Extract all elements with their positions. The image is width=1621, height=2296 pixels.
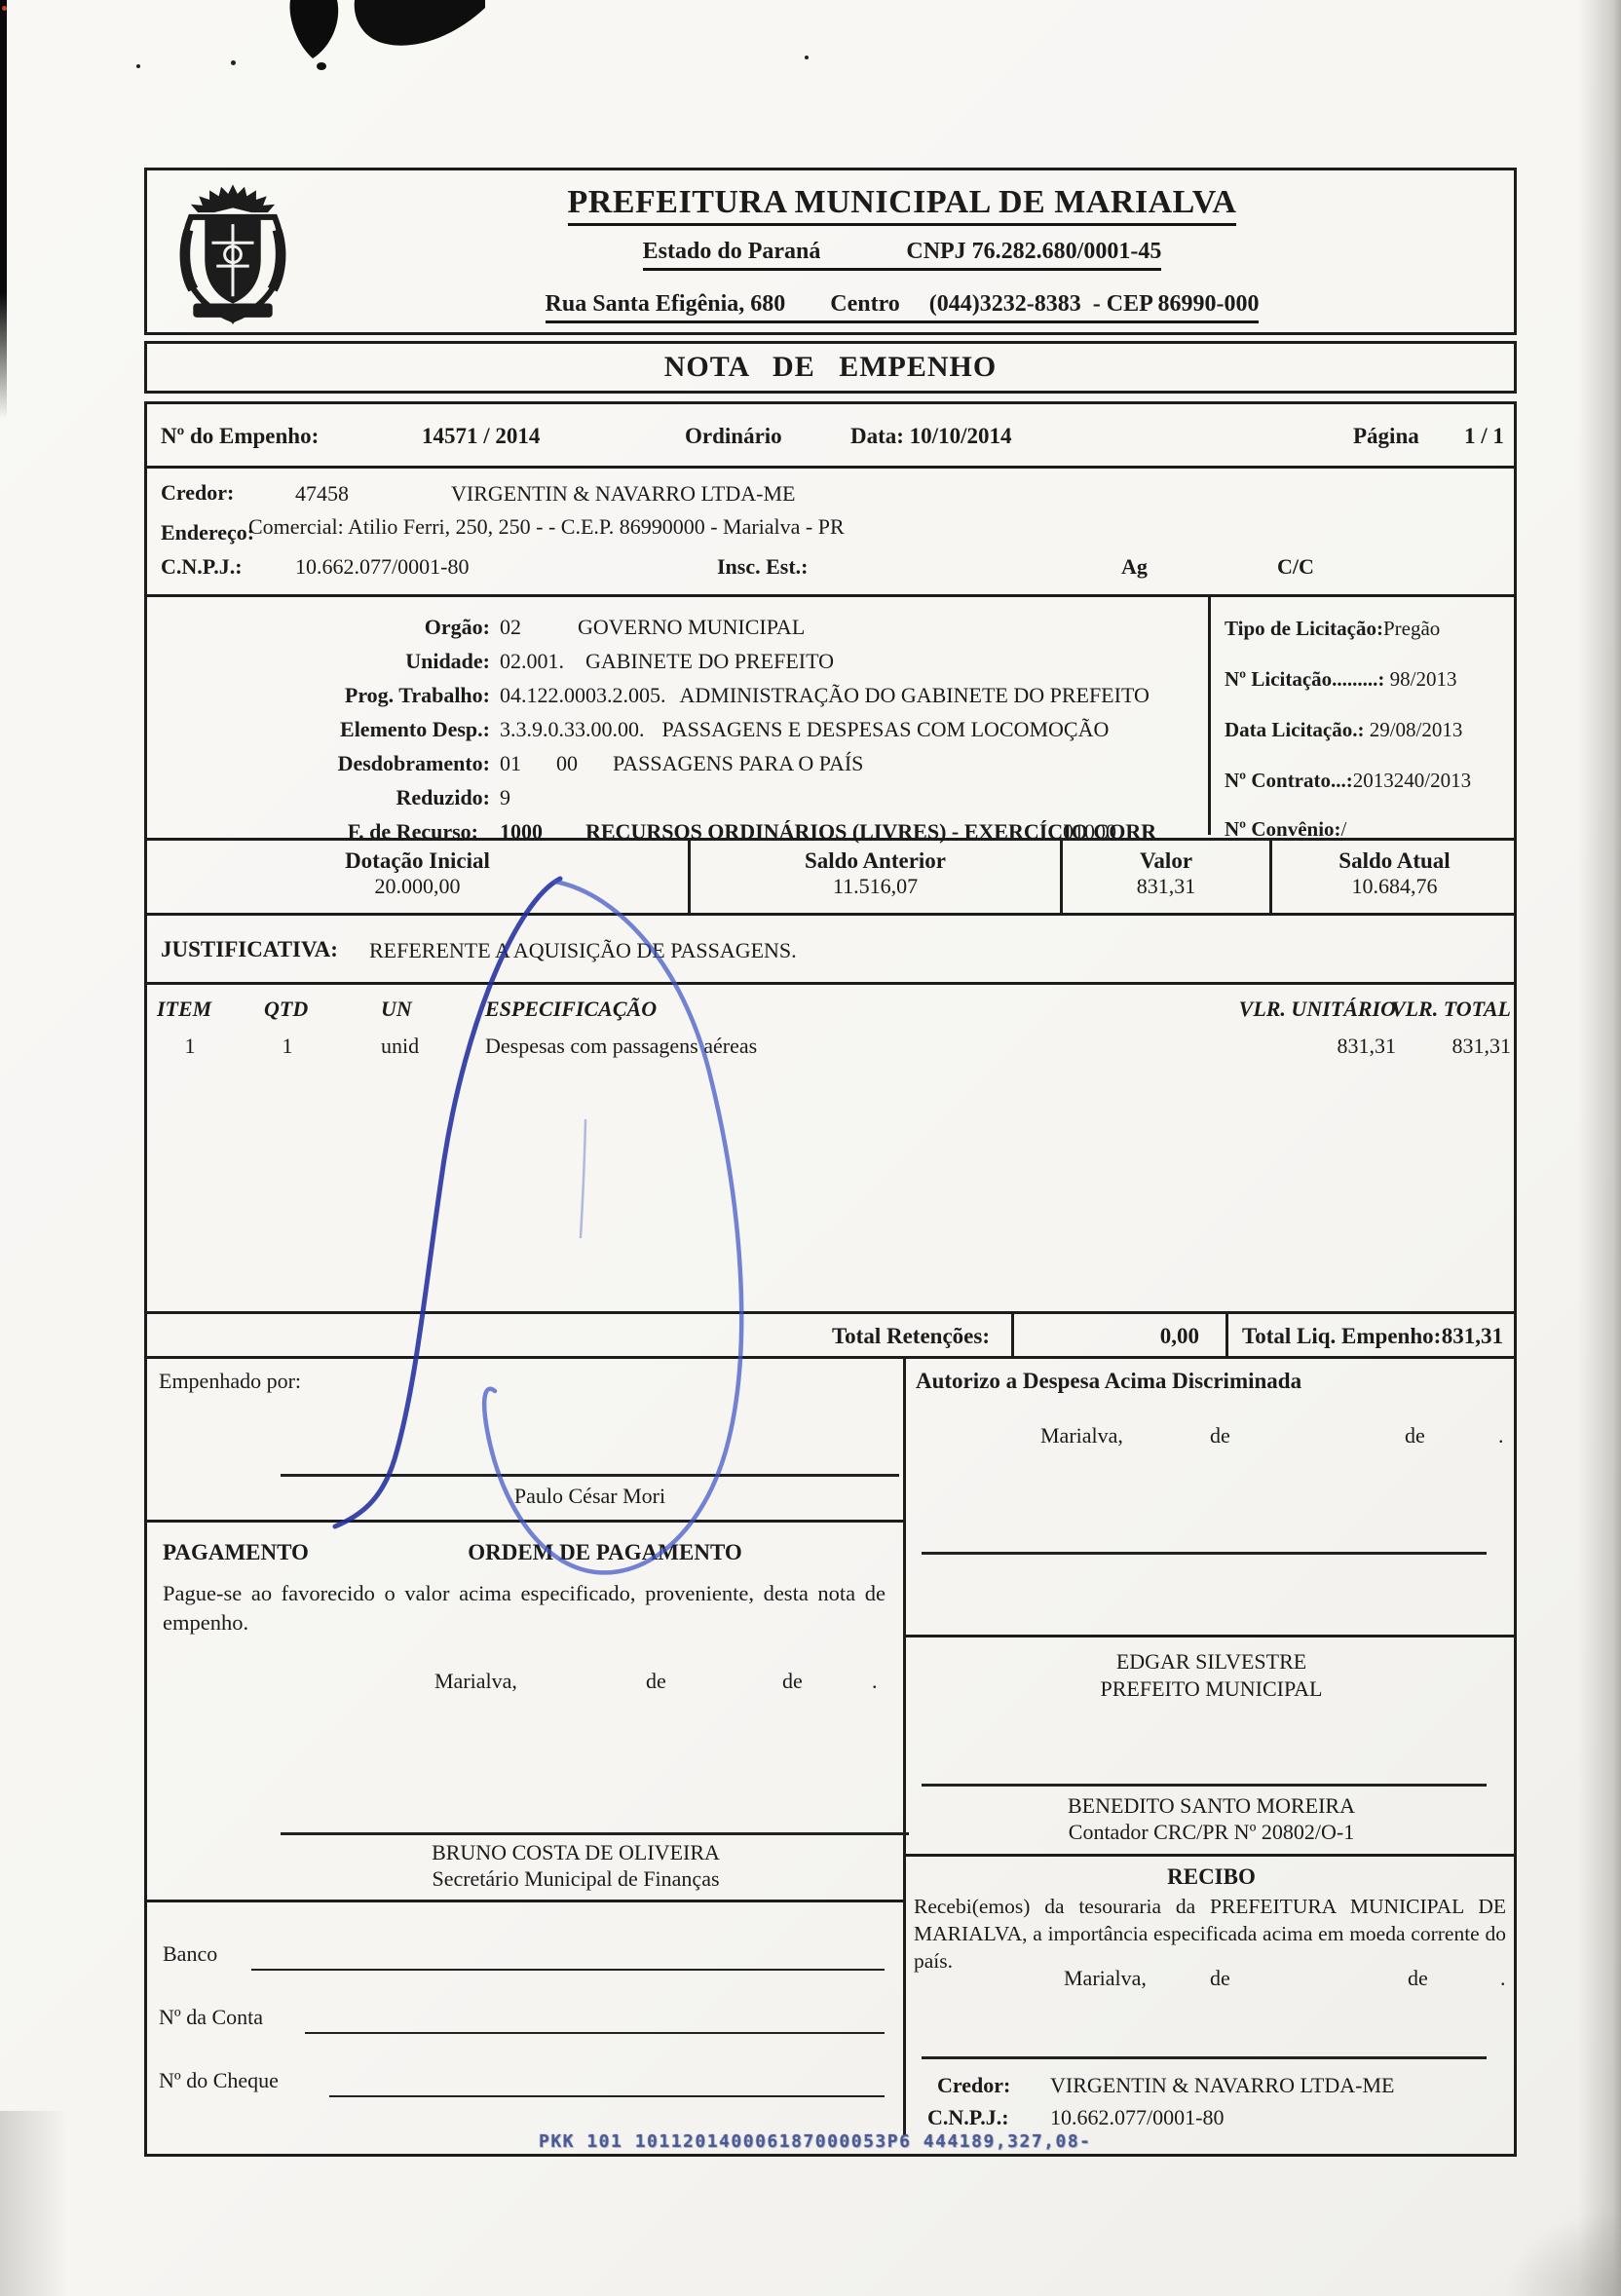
pagamento-local: Marialva, [434,1669,517,1693]
justificativa-row: JUSTIFICATIVA: REFERENTE A AQUISIÇÃO DE … [147,916,1514,985]
doc-title-box: NOTA DE EMPENHO [144,341,1517,394]
scan-edge-artifact-left [0,0,7,419]
col-header-item: ITEM [157,997,211,1021]
dotacao-inicial-cell: Dotação Inicial 20.000,00 [147,841,688,913]
secretario-nome: BRUNO COSTA DE OLIVEIRA [245,1840,907,1864]
assinaturas-section: Empenhado por: Paulo César Mori PAGAMENT… [147,1359,1514,2135]
licitacao-numero-value: 98/2013 [1390,667,1457,691]
saldo-atual-cell: Saldo Atual 10.684,76 [1269,841,1517,913]
orc-line-desdobramento: Desdobramento:0100PASSAGENS PARA O PAÍS [147,751,1199,775]
scan-paper-edge-right [1578,0,1621,2296]
recibo-de1: de [1210,1966,1230,1990]
empenhado-nome: Paulo César Mori [281,1484,899,1508]
itens-row: ITEM QTD UN ESPECIFICAÇÃO VLR. UNITÁRIO … [147,985,1514,1314]
saldo-anterior-cell: Saldo Anterior 11.516,07 [688,841,1060,913]
pagamento-title: PAGAMENTO [163,1540,309,1565]
recibo-ponto: . [1500,1966,1506,1990]
desdobramento-label: Desdobramento: [147,751,490,775]
assinaturas-coluna-direita: Autorizo a Despesa Acima Discriminada Ma… [906,1359,1517,2135]
numero-cheque-linha [329,2095,885,2097]
col-header-qtd: QTD [264,997,308,1021]
licitacao-numero-line: Nº Licitação.........: 98/2013 [1225,667,1457,691]
saldo-atual-value: 10.684,76 [1272,874,1517,898]
convenio-value: / [1341,817,1347,841]
empenhado-por-label: Empenhado por: [159,1369,301,1393]
recibo-de2: de [1408,1966,1428,1990]
desdobramento-code2: 00 [556,751,578,775]
autorizo-de1: de [1210,1423,1230,1448]
numero-conta-label: Nº da Conta [159,2005,263,2029]
page-title: PREFEITURA MUNICIPAL DE MARIALVA [568,184,1237,226]
header-street: Rua Santa Efigênia, 680 [546,291,786,317]
licitacao-data-line: Data Licitação.: 29/08/2013 [1225,718,1462,741]
col-header-un: UN [381,997,412,1021]
totais-row: Total Retenções: 0,00 Total Liq. Empenho… [147,1314,1514,1359]
scan-shadow-bottom-left [0,2111,68,2296]
prefeito-box: EDGAR SILVESTRE PREFEITO MUNICIPAL BENED… [906,1637,1517,1857]
licitacao-tipo-label: Tipo de Licitação: [1225,617,1383,640]
prefeito-nome: EDGAR SILVESTRE [906,1649,1517,1674]
scan-speck-3 [805,56,809,59]
justificativa-label: JUSTIFICATIVA: [161,937,338,962]
orc-line-reduzido: Reduzido:9 [147,785,1199,809]
endereco-label: Endereço: [161,520,254,545]
autorizo-ponto: . [1498,1423,1504,1448]
convenio-line: Nº Convênio:/ [1225,817,1346,841]
item-vlr-total: 831,31 [1357,1034,1511,1058]
banco-linha [251,1969,885,1971]
header-state: Estado do Paraná [643,239,821,264]
licitacao-data-value: 29/08/2013 [1370,718,1463,741]
orc-line-unidade: Unidade:02.001.GABINETE DO PREFEITO [147,649,1199,673]
autorizo-assinatura-linha [922,1552,1487,1555]
elemento-desc: PASSAGENS E DESPESAS COM LOCOMOÇÃO [662,717,1110,741]
recibo-texto: Recebi(emos) da tesouraria da PREFEITURA… [914,1894,1506,1976]
page-number-label: Página [1353,424,1419,449]
pagamento-de1: de [646,1669,666,1693]
empenhado-assinatura-linha [281,1474,899,1477]
autorizo-local: Marialva, [1040,1423,1123,1448]
justificativa-text: REFERENTE A AQUISIÇÃO DE PASSAGENS. [369,938,797,962]
licitacao-panel: Tipo de Licitação:Pregão Nº Licitação...… [1208,597,1520,835]
scan-speck-2 [231,60,236,65]
licitacao-numero-label: Nº Licitação.........: [1225,667,1384,691]
total-liquido-cell: Total Liq. Empenho: 831,31 [1225,1314,1517,1356]
header-title-line: PREFEITURA MUNICIPAL DE MARIALVA [303,184,1501,221]
valor-label: Valor [1063,848,1269,874]
unidade-label: Unidade: [147,649,490,673]
header-cnpj: CNPJ 76.282.680/0001-45 [906,239,1161,264]
credor-code: 47458 [295,481,349,506]
contador-cargo: Contador CRC/PR Nº 20802/O-1 [906,1820,1517,1844]
scan-ink-blob-top [261,0,485,82]
header-cep: - CEP 86990-000 [1093,291,1260,317]
recibo-cnpj-label: C.N.P.J.: [927,2105,1009,2129]
scan-speck-red [2,6,7,11]
total-retencoes-cell: 0,00 [1011,1314,1225,1356]
dotacao-inicial-value: 20.000,00 [147,874,688,898]
empenho-row: Nº do Empenho: 14571 / 2014 Ordinário Da… [147,404,1514,469]
prog-trabalho-code: 04.122.0003.2.005. [500,683,666,707]
orc-line-elemento: Elemento Desp.:3.3.9.0.33.00.00.PASSAGEN… [147,717,1199,741]
contrato-value: 2013240/2013 [1353,769,1471,792]
prog-trabalho-label: Prog. Trabalho: [147,683,490,707]
recibo-title: RECIBO [906,1864,1517,1890]
credor-row: Credor: 47458 VIRGENTIN & NAVARRO LTDA-M… [147,469,1514,597]
col-header-especificacao: ESPECIFICAÇÃO [485,997,657,1021]
empenho-number-value: 14571 / 2014 [422,424,540,449]
contador-nome: BENEDITO SANTO MOREIRA [906,1793,1517,1818]
pagamento-texto: Pague-se ao favorecido o valor acima esp… [163,1579,886,1638]
recibo-local: Marialva, [1064,1966,1147,1990]
prefeito-cargo: PREFEITO MUNICIPAL [906,1676,1517,1701]
pagamento-ponto: . [872,1669,878,1693]
recibo-cnpj-value: 10.662.077/0001-80 [1050,2105,1224,2129]
recibo-credor-value: VIRGENTIN & NAVARRO LTDA-ME [1050,2073,1394,2097]
numero-conta-linha [305,2032,885,2034]
header-address-line: Rua Santa Efigênia, 680Centro(044)3232-8… [303,291,1501,323]
licitacao-tipo-line: Tipo de Licitação:Pregão [1225,617,1440,640]
form-body: Nº do Empenho: 14571 / 2014 Ordinário Da… [144,401,1517,2157]
recibo-assinatura-linha [922,2056,1487,2059]
numero-cheque-label: Nº do Cheque [159,2068,279,2092]
scan-speck-1 [136,64,140,68]
pagamento-box: PAGAMENTO ORDEM DE PAGAMENTO Pague-se ao… [147,1523,903,1902]
desdobramento-code: 01 [500,751,521,775]
header-phone: (044)3232-8383 [929,291,1081,317]
desdobramento-desc: PASSAGENS PARA O PAÍS [613,751,863,775]
reduzido-code: 9 [500,785,510,809]
doc-title: NOTA DE EMPENHO [664,351,997,383]
dot-matrix-print-line: PKK 101 101120140006187000053P6 444189,3… [539,2131,1092,2152]
elemento-label: Elemento Desp.: [147,717,490,741]
total-retencoes-label: Total Retenções: [147,1324,990,1349]
conta-corrente-label: C/C [1277,554,1314,579]
autorizo-box: Autorizo a Despesa Acima Discriminada Ma… [906,1359,1517,1637]
autorizo-title: Autorizo a Despesa Acima Discriminada [916,1369,1301,1394]
total-retencoes-value: 0,00 [1014,1324,1199,1349]
assinaturas-coluna-esquerda: Empenhado por: Paulo César Mori PAGAMENT… [147,1359,906,2135]
orgao-desc: GOVERNO MUNICIPAL [578,615,805,639]
secretario-assinatura-linha [281,1832,909,1835]
header-district: Centro [830,291,900,317]
prog-trabalho-desc: ADMINISTRAÇÃO DO GABINETE DO PREFEITO [680,683,1150,707]
saldo-anterior-label: Saldo Anterior [691,848,1060,874]
valor-cell: Valor 831,31 [1060,841,1269,913]
header-state-line: Estado do ParanáCNPJ 76.282.680/0001-45 [303,239,1501,271]
ordem-pagamento-title: ORDEM DE PAGAMENTO [439,1540,771,1565]
orgao-code: 02 [500,615,521,639]
total-liquido-value: 831,31 [1228,1324,1503,1349]
saldo-atual-label: Saldo Atual [1272,848,1517,874]
agencia-label: Ag [1121,554,1148,579]
page-number-value: 1 / 1 [1464,424,1504,449]
convenio-label: Nº Convênio: [1225,817,1341,841]
municipality-logo [174,182,291,324]
empenho-date: Data: 10/10/2014 [850,424,1011,449]
orgao-label: Orgão: [147,615,490,639]
item-number: 1 [157,1034,223,1058]
credor-label: Credor: [161,480,234,505]
header-box: PREFEITURA MUNICIPAL DE MARIALVA Estado … [144,168,1517,335]
licitacao-tipo-value: Pregão [1383,617,1440,640]
empenhado-por-box: Empenhado por: Paulo César Mori [147,1359,903,1523]
insc-est-label: Insc. Est.: [717,554,809,579]
autorizo-de2: de [1405,1423,1425,1448]
valor-value: 831,31 [1063,874,1269,898]
dotacao-inicial-label: Dotação Inicial [147,848,688,874]
credor-name: VIRGENTIN & NAVARRO LTDA-ME [451,481,795,506]
item-especificacao: Despesas com passagens aéreas [485,1034,757,1058]
cnpj-label: C.N.P.J.: [161,554,243,579]
contrato-line: Nº Contrato...:2013240/2013 [1225,769,1471,792]
recibo-box: RECIBO Recebi(emos) da tesouraria da PRE… [906,1857,1517,2132]
pagamento-de2: de [782,1669,803,1693]
saldo-anterior-value: 11.516,07 [691,874,1060,898]
orcamento-row: Orgão:02GOVERNO MUNICIPAL Unidade:02.001… [147,597,1514,841]
reduzido-label: Reduzido: [147,785,490,809]
unidade-code: 02.001. [500,649,564,673]
orc-line-orgao: Orgão:02GOVERNO MUNICIPAL [147,615,1199,639]
elemento-code: 3.3.9.0.33.00.00. [500,717,645,741]
secretario-cargo: Secretário Municipal de Finanças [245,1866,907,1891]
empenho-type: Ordinário [685,424,782,449]
recibo-credor-label: Credor: [937,2073,1010,2097]
item-qtd: 1 [264,1034,311,1058]
empenho-number-label: Nº do Empenho: [161,424,319,449]
unidade-desc: GABINETE DO PREFEITO [585,649,834,673]
scanned-document-page: PREFEITURA MUNICIPAL DE MARIALVA Estado … [0,0,1621,2296]
valores-row: Dotação Inicial 20.000,00 Saldo Anterior… [147,841,1514,916]
item-un: unid [381,1034,419,1058]
dados-bancarios-box: Banco Nº da Conta Nº do Cheque [147,1902,903,2132]
banco-label: Banco [163,1941,217,1966]
endereco-value: Comercial: Atilio Ferri, 250, 250 - - C.… [248,514,845,539]
contador-assinatura-linha [922,1784,1487,1787]
contrato-label: Nº Contrato...: [1225,769,1353,792]
scan-shadow-bottom-right [1504,2208,1621,2296]
orc-line-prog-trabalho: Prog. Trabalho:04.122.0003.2.005.ADMINIS… [147,683,1199,707]
col-header-vlr-total: VLR. TOTAL [1357,997,1511,1021]
cnpj-value: 10.662.077/0001-80 [295,554,469,579]
licitacao-data-label: Data Licitação.: [1225,718,1364,741]
